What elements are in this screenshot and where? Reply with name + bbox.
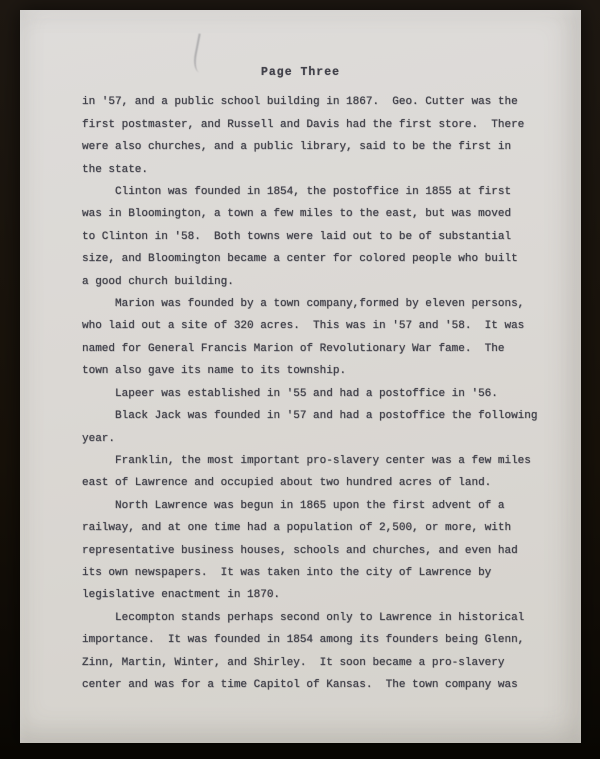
page-body: in '57, and a public school building in … (82, 91, 545, 696)
page-title: Page Three (20, 10, 581, 84)
paragraph: Franklin, the most important pro-slavery… (82, 450, 545, 495)
paragraph: in '57, and a public school building in … (82, 91, 545, 181)
paragraph: Clinton was founded in 1854, the postoff… (82, 181, 545, 293)
typewritten-page: Page Three in '57, and a public school b… (20, 10, 581, 743)
paragraph: Black Jack was founded in '57 and had a … (82, 405, 545, 450)
photo-background: Page Three in '57, and a public school b… (0, 0, 600, 759)
paragraph: Marion was founded by a town company,for… (82, 293, 545, 383)
paragraph: North Lawrence was begun in 1865 upon th… (82, 495, 545, 607)
paragraph: Lecompton stands perhaps second only to … (82, 607, 545, 697)
paragraph: Lapeer was established in '55 and had a … (82, 383, 545, 405)
